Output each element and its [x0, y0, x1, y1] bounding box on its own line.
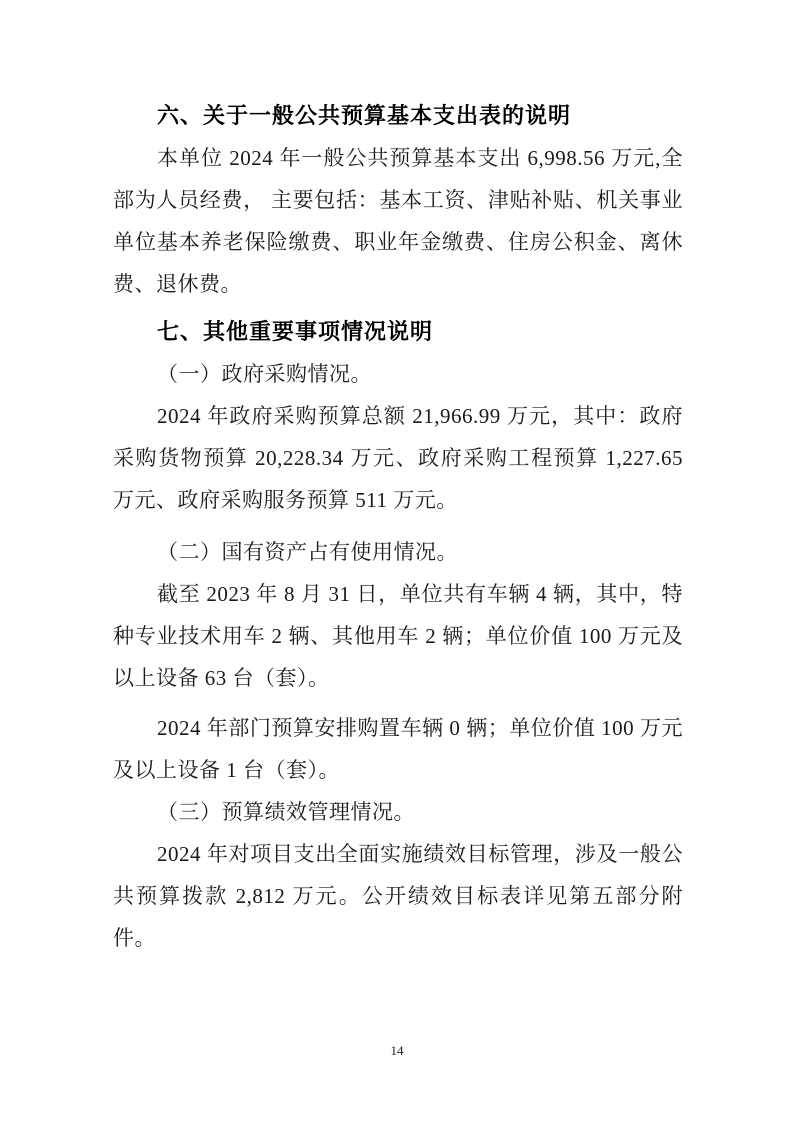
heading-section-7: 七、其他重要事项情况说明 [113, 311, 683, 353]
paragraph-budget-performance: 2024 年对项目支出全面实施绩效目标管理，涉及一般公共预算拨款 2,812 万… [113, 833, 683, 959]
page-number: 14 [0, 1043, 794, 1059]
paragraph-state-assets-2024-budget: 2024 年部门预算安排购置车辆 0 辆；单位价值 100 万元及以上设备 1 … [113, 707, 683, 791]
paragraph-basic-expenditure: 本单位 2024 年一般公共预算基本支出 6,998.56 万元,全部为人员经费… [113, 137, 683, 305]
subheading-government-procurement: （一）政府采购情况。 [113, 353, 683, 395]
document-page: 六、关于一般公共预算基本支出表的说明 本单位 2024 年一般公共预算基本支出 … [0, 0, 794, 1123]
paragraph-government-procurement: 2024 年政府采购预算总额 21,966.99 万元，其中：政府采购货物预算 … [113, 395, 683, 521]
subheading-state-assets: （二）国有资产占有使用情况。 [113, 531, 683, 573]
document-body: 六、关于一般公共预算基本支出表的说明 本单位 2024 年一般公共预算基本支出 … [113, 95, 683, 959]
paragraph-state-assets-current: 截至 2023 年 8 月 31 日，单位共有车辆 4 辆，其中，特种专业技术用… [113, 573, 683, 699]
subheading-budget-performance: （三）预算绩效管理情况。 [113, 791, 683, 833]
heading-section-6: 六、关于一般公共预算基本支出表的说明 [113, 95, 683, 137]
